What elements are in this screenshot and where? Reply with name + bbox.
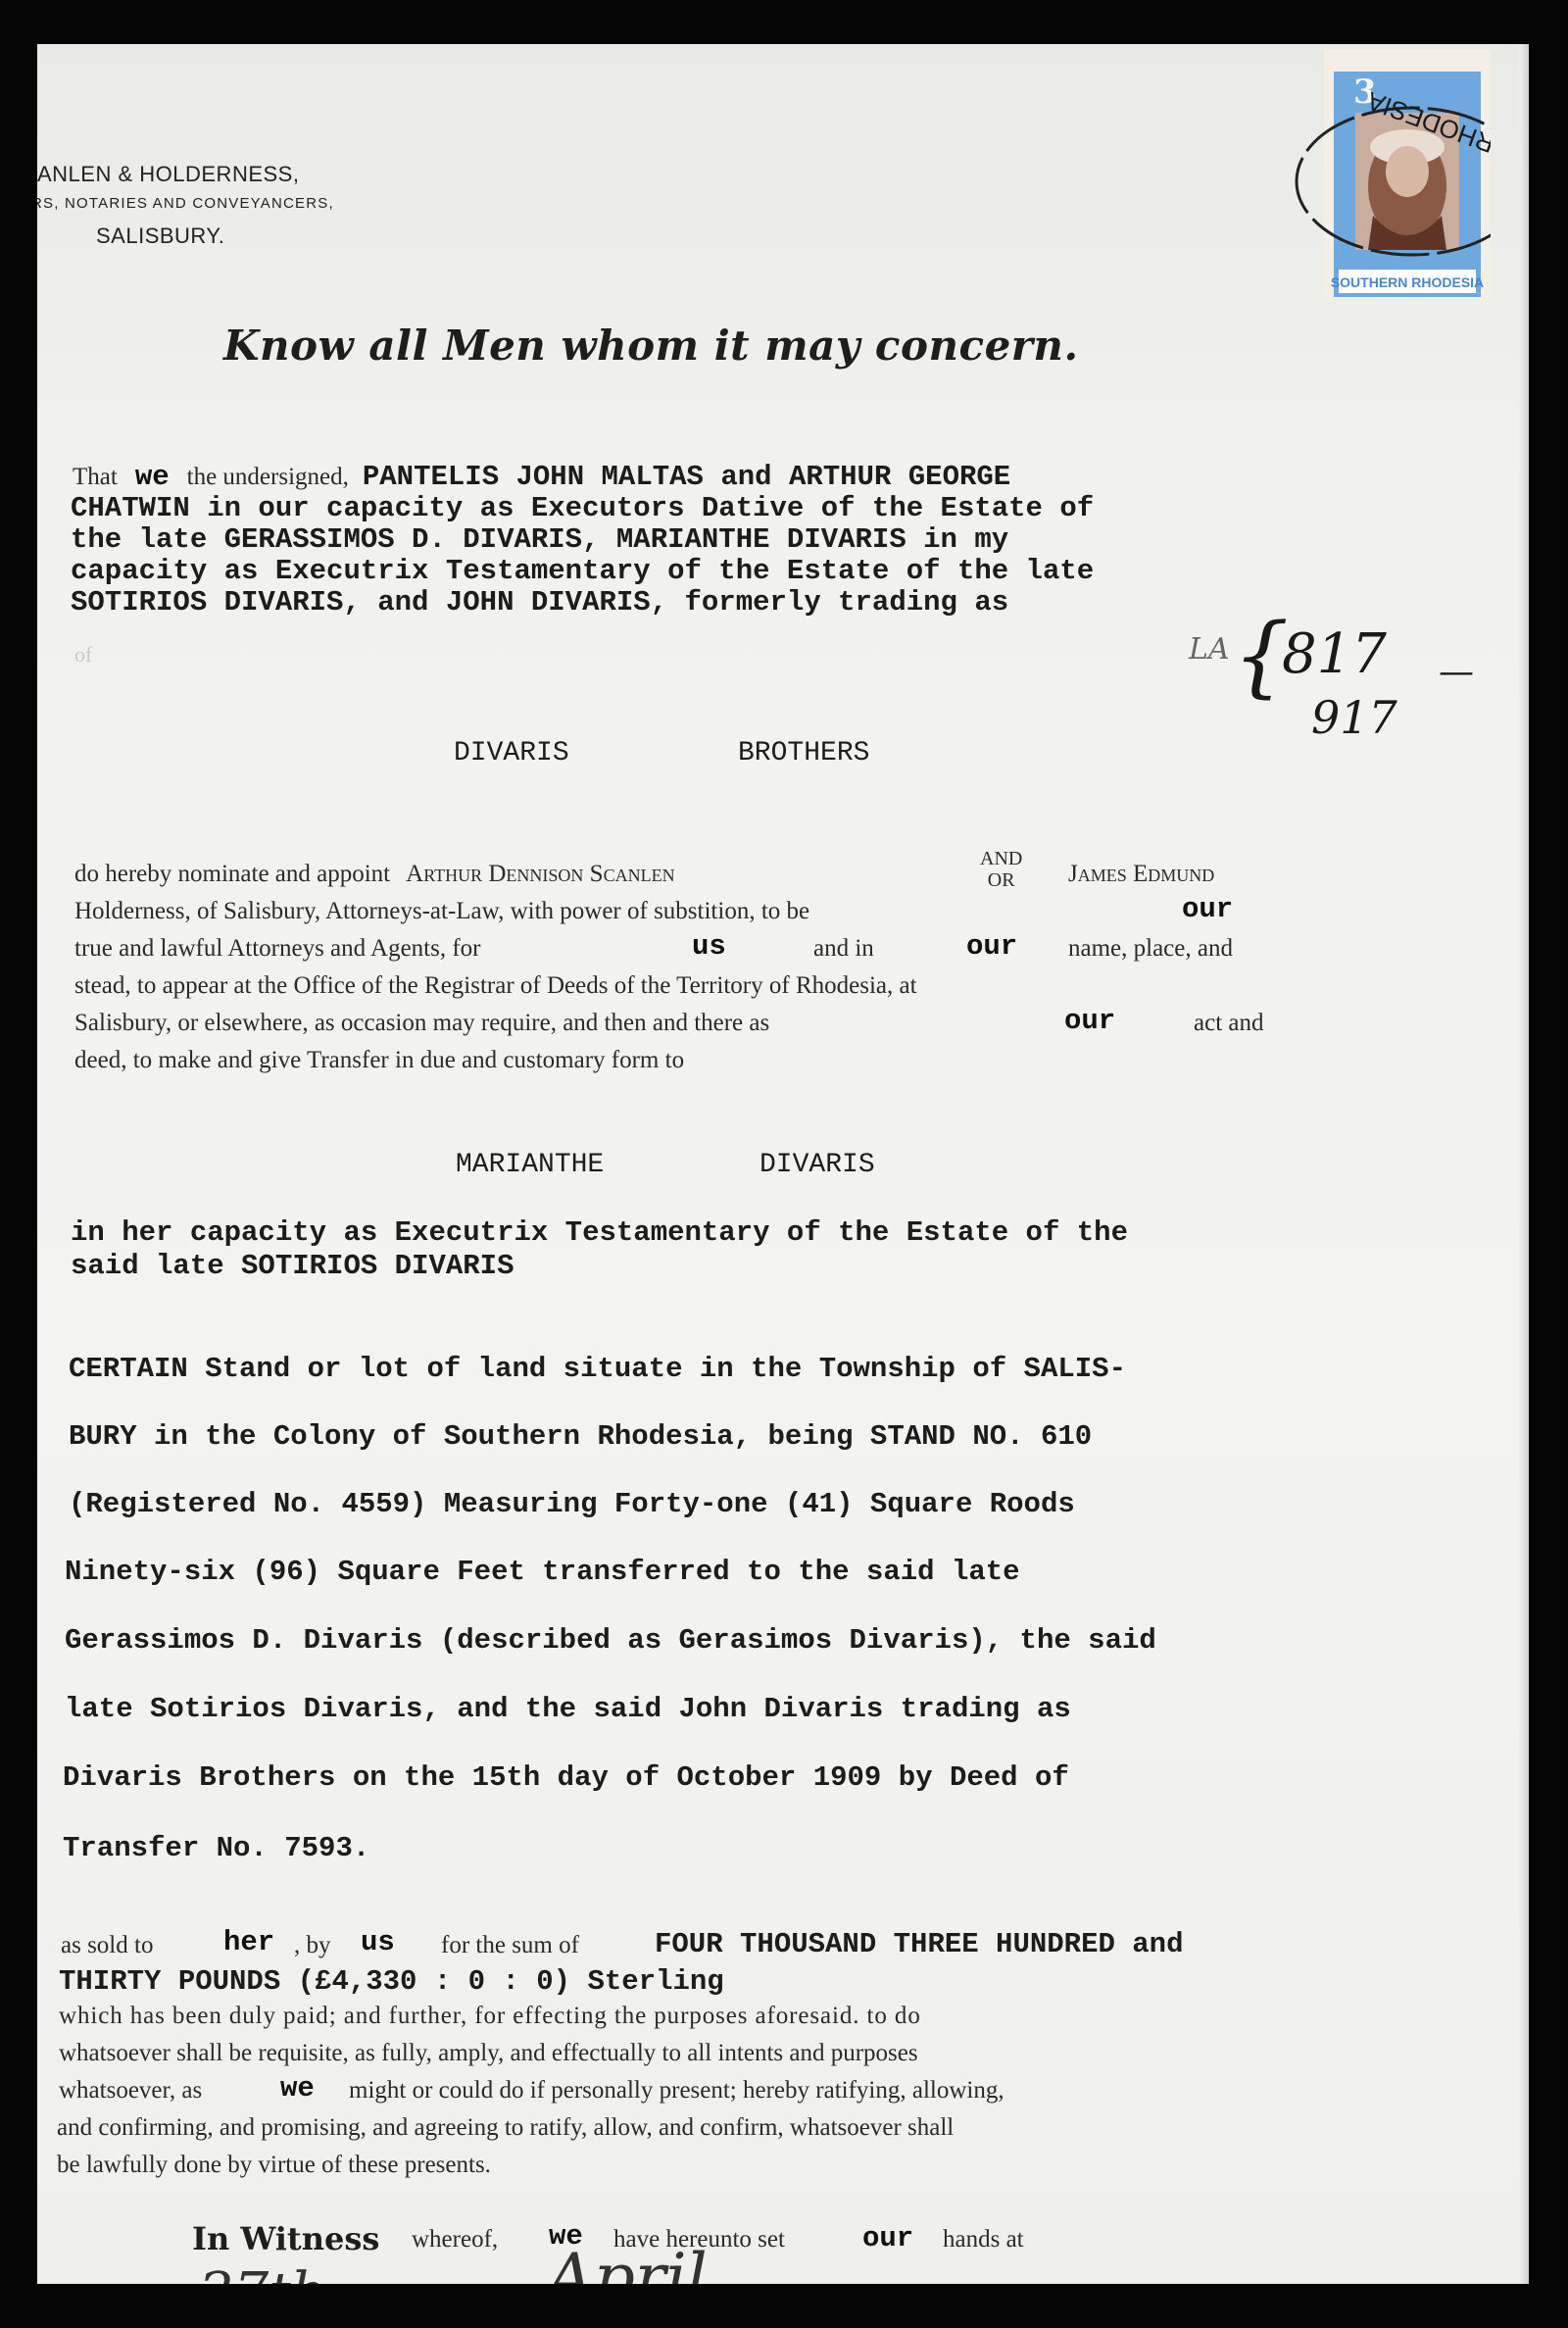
handwritten-number-top: 817 [1282, 622, 1387, 686]
handwritten-initials: LA [1189, 632, 1230, 667]
firm-name-second: BROTHERS [738, 738, 869, 768]
para2-line-1: do hereby nominate and appoint Arthur De… [74, 861, 675, 888]
firm-name-first: DIVARIS [454, 738, 569, 768]
page-edge [1519, 44, 1529, 2284]
para1-line-1: That we the undersigned, PANTELIS JOHN M… [73, 461, 1010, 493]
para2-line-2: Holderness, of Salisbury, Attorneys-at-L… [74, 898, 809, 925]
brace-icon: { [1233, 613, 1289, 701]
letterhead-city: SALISBURY. [96, 223, 224, 249]
amount-words-2: THIRTY POUNDS (£4,330 : 0 : 0) Sterling [59, 1965, 724, 1998]
document-page: ANLEN & HOLDERNESS, RS, NOTARIES AND CON… [37, 44, 1529, 2284]
postage-stamp: SOUTHERN RHODESIA 3 S.RHODESIA [1295, 44, 1491, 309]
transferee-second: DIVARIS [759, 1150, 875, 1180]
para1-line-2: CHATWIN in our capacity as Executors Dat… [71, 492, 1094, 524]
transferee-first: MARIANTHE [456, 1150, 604, 1180]
attorney-2: James Edmund [1068, 861, 1214, 888]
amount-words-1: FOUR THOUSAND THREE HUNDRED and [655, 1928, 1184, 1960]
stamp-icon: SOUTHERN RHODESIA 3 S.RHODESIA [1295, 44, 1491, 309]
document-title: Know all Men whom it may concern. [223, 322, 1079, 370]
handwritten-number-bottom: 917 [1311, 691, 1397, 744]
handwritten-month: April [547, 2240, 708, 2284]
handwritten-day: 27th [199, 2261, 326, 2284]
capacity-line-1: in her capacity as Executrix Testamentar… [71, 1216, 1128, 1249]
faint-of: of [74, 642, 92, 668]
and-or: AND OR [980, 848, 1022, 891]
letterhead-professions: RS, NOTARIES AND CONVEYANCERS, [37, 195, 334, 212]
letterhead-firm: ANLEN & HOLDERNESS, [37, 162, 299, 187]
capacity-line-2: said late SOTIRIOS DIVARIS [71, 1250, 514, 1282]
para1-line-4: capacity as Executrix Testamentary of th… [71, 555, 1094, 587]
handwritten-dash: — [1439, 652, 1474, 692]
witness-heading: In Witness [192, 2220, 379, 2257]
para1-line-5: SOTIRIOS DIVARIS, and JOHN DIVARIS, form… [71, 586, 1008, 619]
para1-line-3: the late GERASSIMOS D. DIVARIS, MARIANTH… [71, 523, 1008, 556]
svg-text:SOUTHERN RHODESIA: SOUTHERN RHODESIA [1331, 274, 1484, 290]
